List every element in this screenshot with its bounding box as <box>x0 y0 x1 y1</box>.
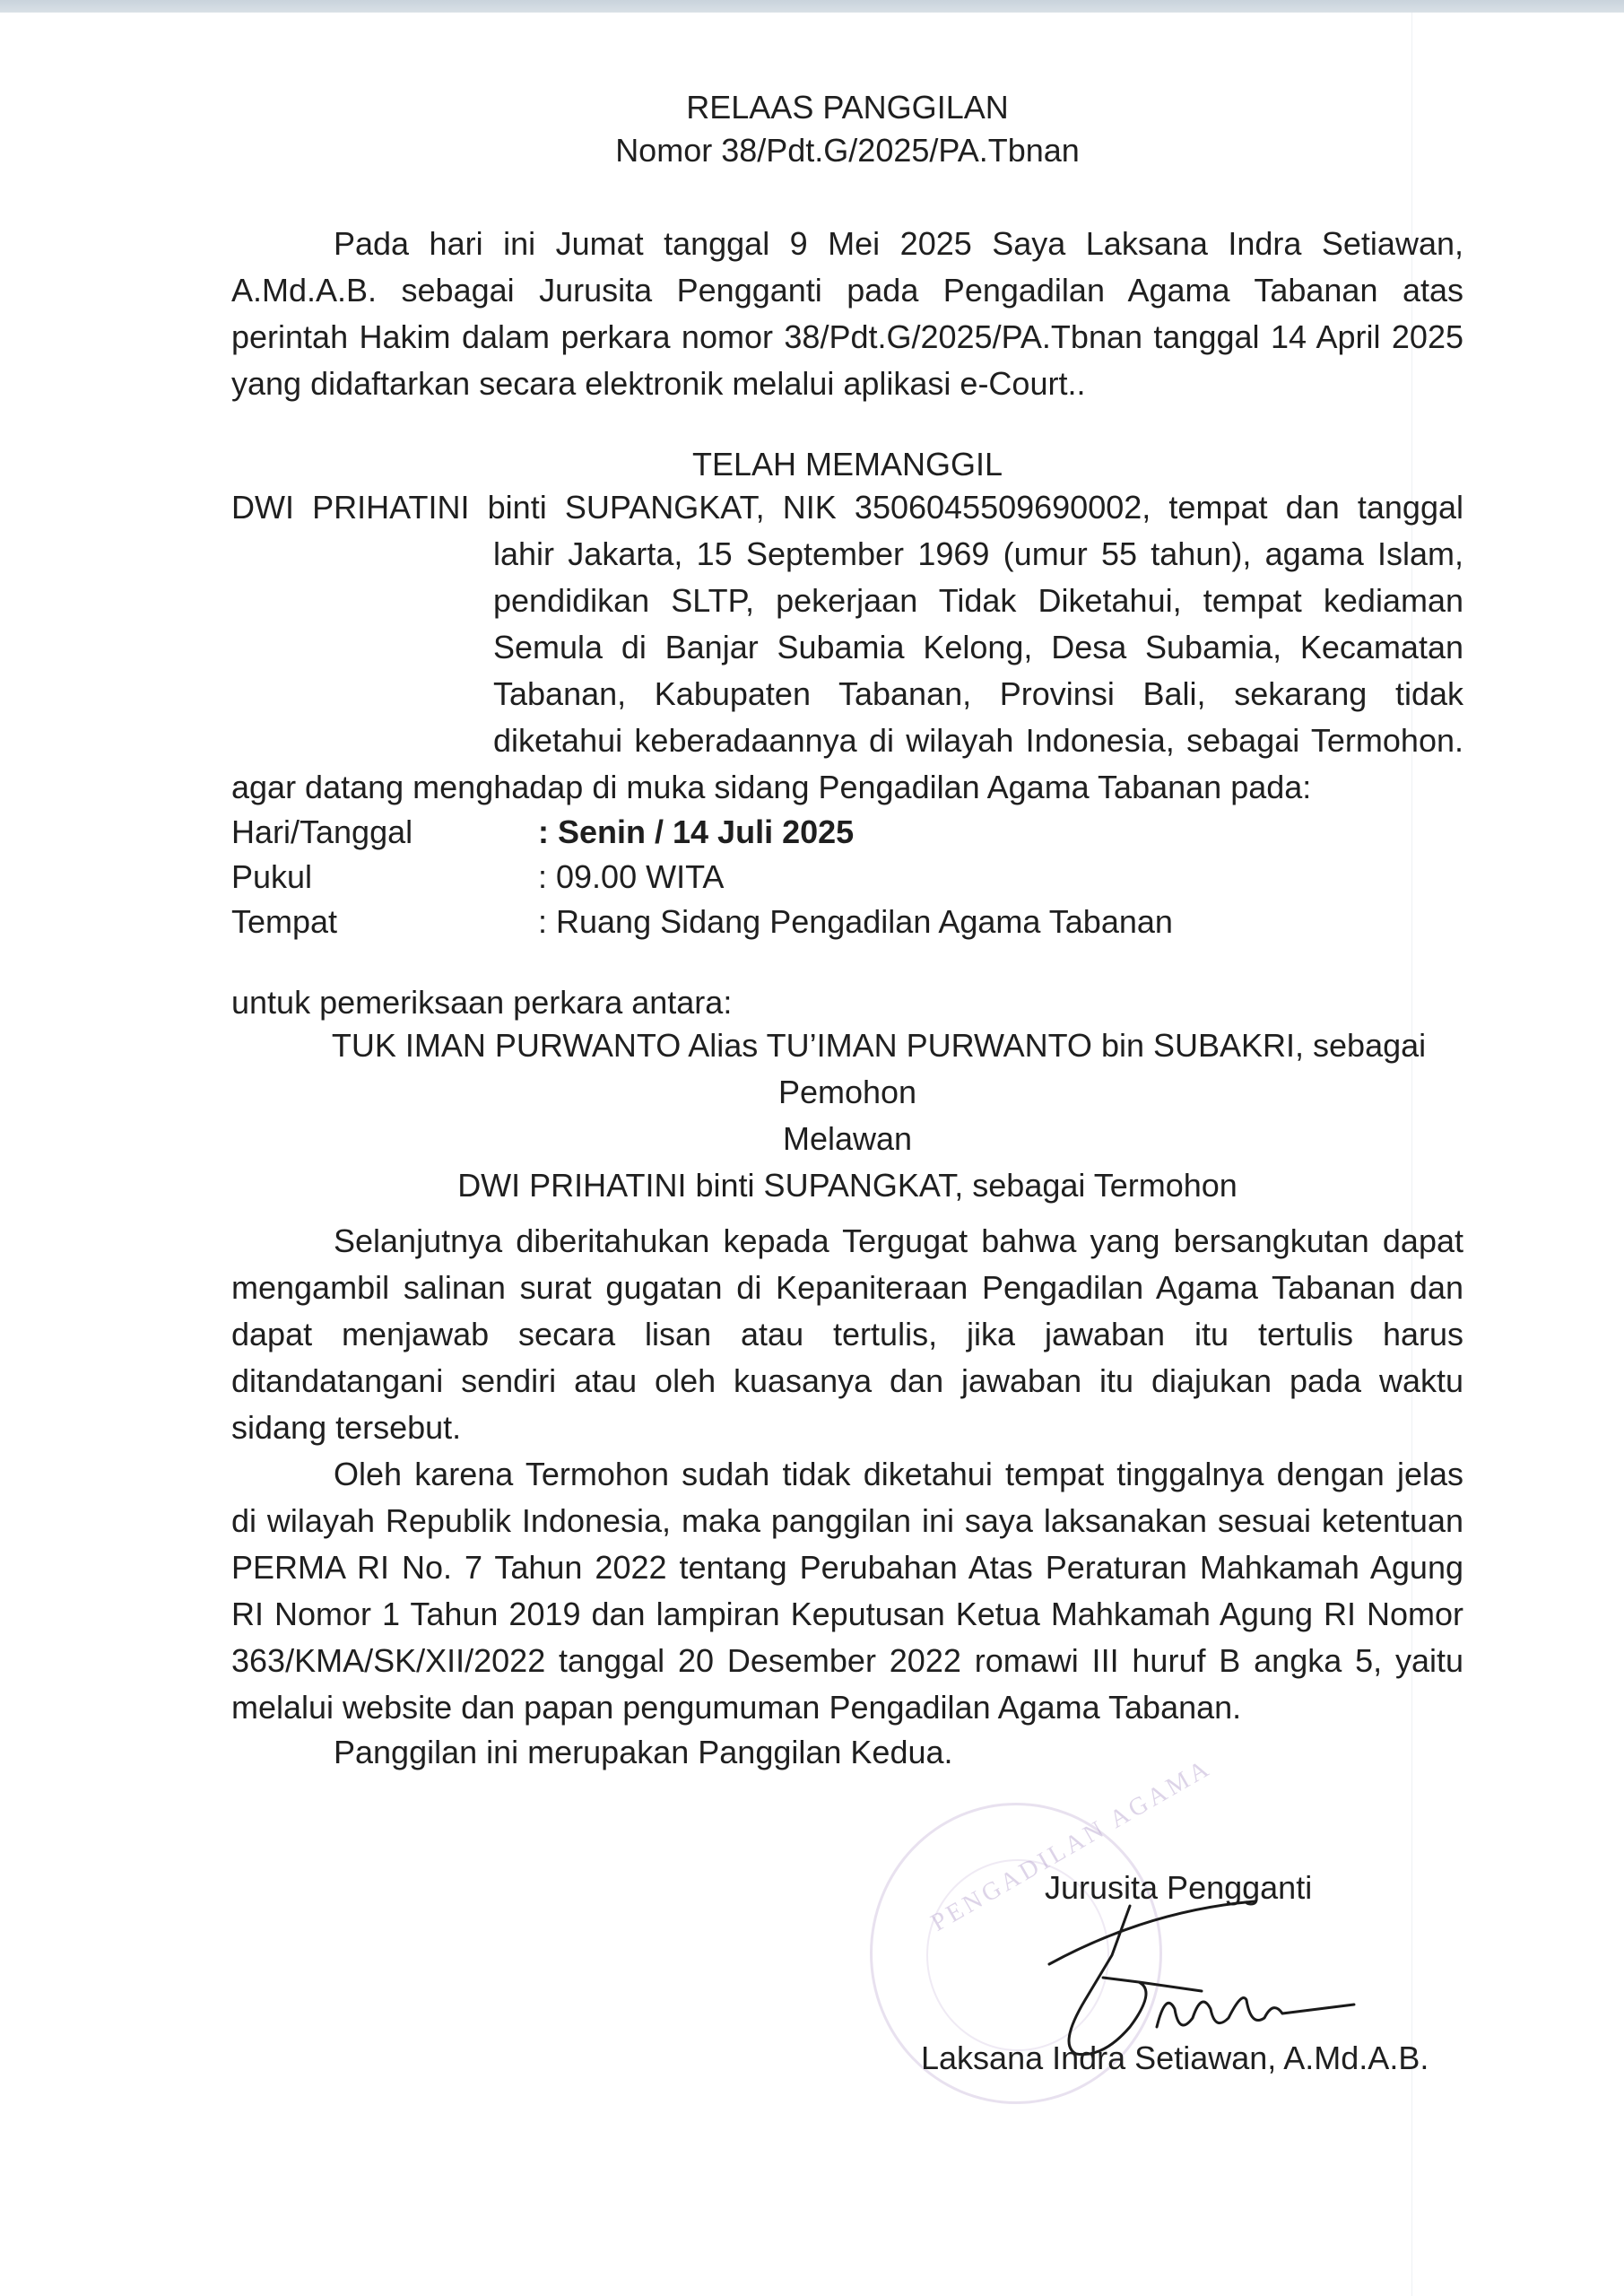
respondent-line: lahir Jakarta, 15 September 1969 (umur 5… <box>493 535 1463 574</box>
notice-line: ditandatangani sendiri atau oleh kuasany… <box>231 1361 1463 1401</box>
basis-line: Oleh karena Termohon sudah tidak diketah… <box>231 1455 1463 1494</box>
notice-line: Selanjutnya diberitahukan kepada Terguga… <box>231 1222 1463 1261</box>
hearing-label: Hari/Tanggal <box>231 813 413 852</box>
hearing-value: : Ruang Sidang Pengadilan Agama Tabanan <box>538 902 1173 942</box>
party-versus: Melawan <box>231 1119 1463 1159</box>
party-respondent: DWI PRIHATINI binti SUPANGKAT, sebagai T… <box>231 1166 1463 1205</box>
respondent-line: diketahui keberadaannya di wilayah Indon… <box>493 721 1463 761</box>
closing-line: Panggilan ini merupakan Panggilan Kedua. <box>231 1733 953 1772</box>
summoned-heading: TELAH MEMANGGIL <box>231 445 1463 484</box>
respondent-line: pendidikan SLTP, pekerjaan Tidak Diketah… <box>493 581 1463 621</box>
party-petitioner: TUK IMAN PURWANTO Alias TU’IMAN PURWANTO… <box>231 1026 1463 1065</box>
notice-line: mengambil salinan surat gugatan di Kepan… <box>231 1268 1463 1308</box>
hearing-intro: agar datang menghadap di muka sidang Pen… <box>231 768 1311 807</box>
notice-line: sidang tersebut. <box>231 1408 461 1448</box>
basis-line: 363/KMA/SK/XII/2022 tanggal 20 Desember … <box>231 1641 1463 1681</box>
case-intro: untuk pemeriksaan perkara antara: <box>231 983 732 1022</box>
notice-line: dapat menjawab secara lisan atau tertuli… <box>231 1315 1463 1354</box>
respondent-line: Tabanan, Kabupaten Tabanan, Provinsi Bal… <box>493 674 1463 714</box>
document-number: Nomor 38/Pdt.G/2025/PA.Tbnan <box>231 131 1463 170</box>
intro-line: yang didaftarkan secara elektronik melal… <box>231 364 1085 404</box>
intro-line: Pada hari ini Jumat tanggal 9 Mei 2025 S… <box>231 224 1463 264</box>
basis-line: PERMA RI No. 7 Tahun 2022 tentang Peruba… <box>231 1548 1463 1587</box>
respondent-line: Semula di Banjar Subamia Kelong, Desa Su… <box>493 628 1463 667</box>
scan-edge <box>0 0 1624 13</box>
signatory-name: Laksana Indra Setiawan, A.Md.A.B. <box>921 2039 1429 2077</box>
document-title: RELAAS PANGGILAN <box>231 88 1463 127</box>
respondent-line: DWI PRIHATINI binti SUPANGKAT, NIK 35060… <box>231 488 1463 527</box>
hearing-label: Tempat <box>231 902 337 942</box>
intro-line: perintah Hakim dalam perkara nomor 38/Pd… <box>231 317 1463 357</box>
basis-line: melalui website dan papan pengumuman Pen… <box>231 1688 1241 1727</box>
hearing-value: : Senin / 14 Juli 2025 <box>538 813 854 852</box>
signature <box>1022 1892 1381 2063</box>
basis-line: RI Nomor 1 Tahun 2019 dan lampiran Keput… <box>231 1595 1463 1634</box>
intro-line: A.Md.A.B. sebagai Jurusita Pengganti pad… <box>231 271 1463 310</box>
hearing-label: Pukul <box>231 857 312 897</box>
hearing-value: : 09.00 WITA <box>538 857 724 897</box>
basis-line: di wilayah Republik Indonesia, maka pang… <box>231 1501 1463 1541</box>
party-role: Pemohon <box>231 1073 1463 1112</box>
